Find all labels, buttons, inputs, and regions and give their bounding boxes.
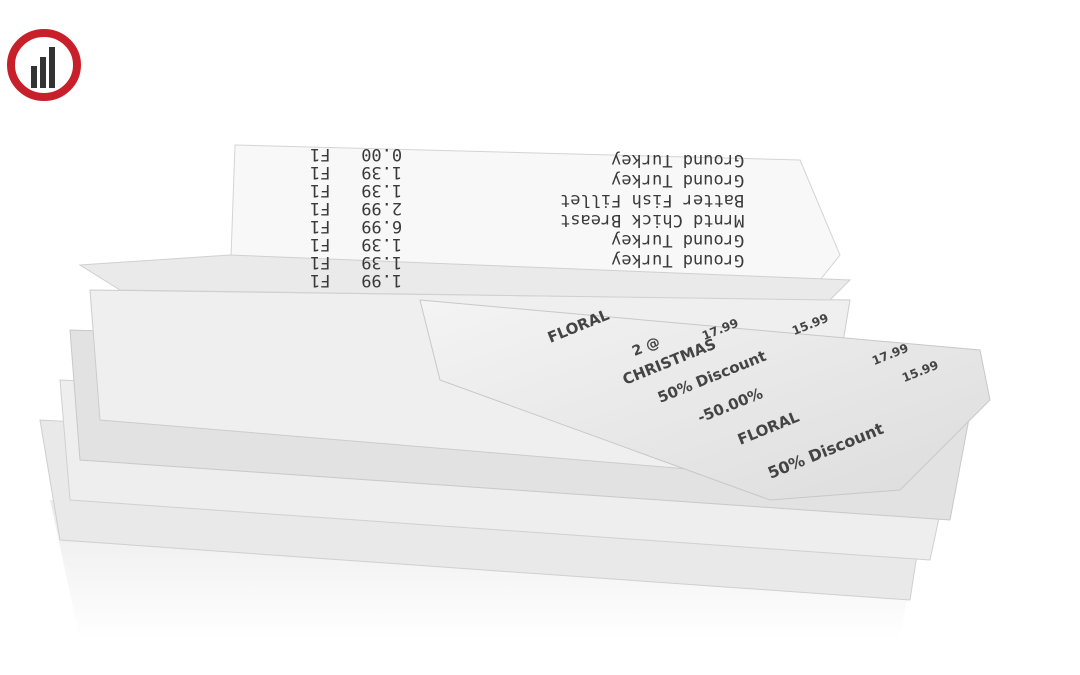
receipt-price: 0.00 F1 — [310, 145, 402, 163]
receipt-price: 1.99 F1 — [310, 271, 402, 289]
receipt-pile-photo: Ground Turkey Ground Turkey Mrntd Chick … — [0, 0, 1080, 675]
receipt-item: Ground Turkey — [560, 230, 744, 250]
receipt-item: Mrntd Chick Breast — [560, 210, 744, 230]
receipt-price: 1.39 F1 — [310, 235, 402, 253]
receipt-price: 1.39 F1 — [310, 253, 402, 271]
receipt-item: Batter Fish Fillet — [560, 190, 744, 210]
receipt-item: Ground Turkey — [560, 170, 744, 190]
receipt-price: 1.39 F1 — [310, 181, 402, 199]
receipt-item: Ground Turkey — [560, 250, 744, 270]
receipt-price: 1.39 F1 — [310, 163, 402, 181]
receipt-item: Ground Turkey — [560, 150, 744, 170]
receipt-price: 6.99 F1 — [310, 217, 402, 235]
receipt-price: 2.99 F1 — [310, 199, 402, 217]
